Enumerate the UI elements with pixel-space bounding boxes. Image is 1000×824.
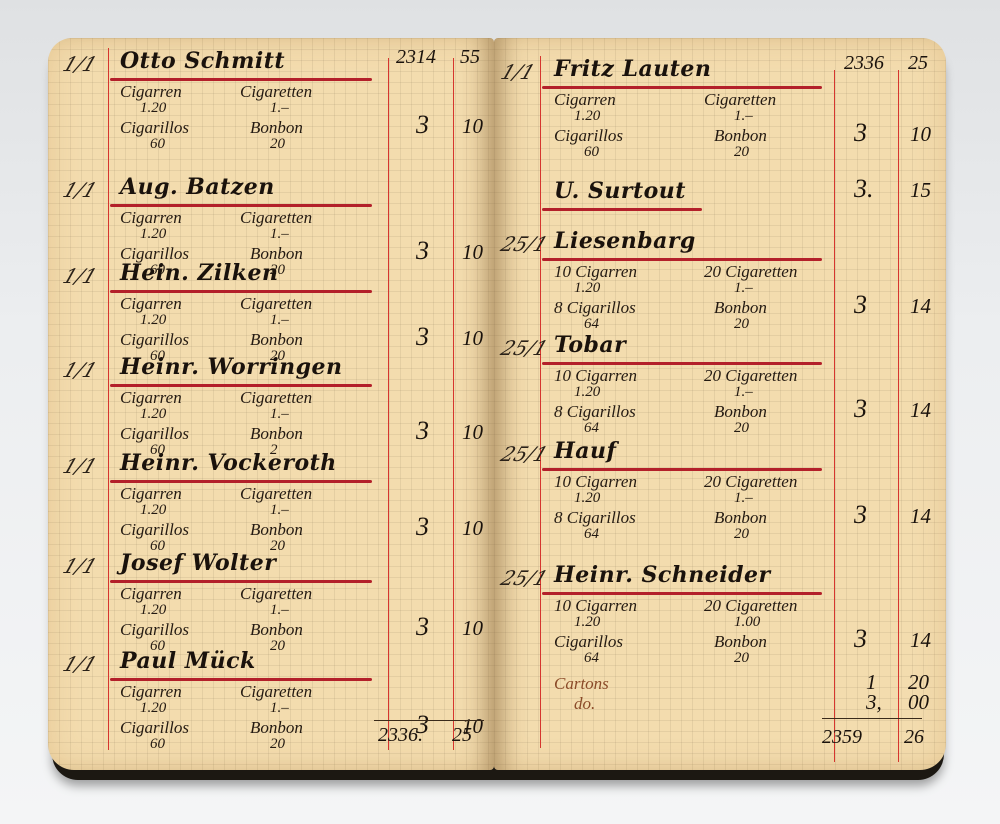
name-underline bbox=[110, 580, 372, 583]
item-label: 20 Cigaretten bbox=[704, 262, 797, 282]
item-label: Cigarillos bbox=[120, 620, 189, 640]
item-price: 1.– bbox=[270, 602, 289, 619]
name-underline bbox=[110, 480, 372, 483]
item-label: Bonbon bbox=[714, 508, 767, 528]
amount-pfennig: 14 bbox=[910, 628, 931, 653]
item-label: Cigarren bbox=[120, 388, 182, 408]
item-price: 1.– bbox=[270, 226, 289, 243]
item-label: Bonbon bbox=[250, 520, 303, 540]
name-underline bbox=[110, 678, 372, 681]
item-price: 1.20 bbox=[574, 384, 600, 401]
amount-marks: 3 bbox=[416, 416, 429, 446]
name-underline bbox=[542, 362, 822, 365]
item-label: Cigaretten bbox=[240, 82, 312, 102]
amount-pfennig: 10 bbox=[462, 616, 483, 641]
customer-name: Josef Wolter bbox=[120, 550, 276, 576]
name-underline bbox=[110, 290, 372, 293]
item-price: 20 bbox=[734, 316, 749, 333]
item-label: Cigaretten bbox=[240, 208, 312, 228]
amount-marks: 3 bbox=[854, 500, 867, 530]
name-underline bbox=[110, 204, 372, 207]
entry-date: 1/1 bbox=[60, 178, 101, 202]
customer-name: Fritz Lauten bbox=[554, 56, 711, 82]
entry-date: 1/1 bbox=[60, 52, 101, 76]
item-price: 1.20 bbox=[140, 602, 166, 619]
entry-date: 25/1 bbox=[498, 232, 552, 256]
amount-marks: 3 bbox=[854, 118, 867, 148]
item-label: Cigarillos bbox=[120, 330, 189, 350]
item-price: 1.– bbox=[270, 312, 289, 329]
marks-column-rule bbox=[388, 58, 389, 750]
amount-marks: 3 bbox=[854, 624, 867, 654]
amount-marks: 3 bbox=[416, 512, 429, 542]
name-underline bbox=[110, 384, 372, 387]
entry-date: 25/1 bbox=[498, 442, 552, 466]
entry-date: 25/1 bbox=[498, 566, 552, 590]
amount-pfennig: 14 bbox=[910, 504, 931, 529]
carry-forward-pfennig: 55 bbox=[460, 46, 480, 69]
item-price: 1.– bbox=[270, 406, 289, 423]
amount-marks: 3. bbox=[854, 174, 874, 204]
item-label: 8 Cigarillos bbox=[554, 298, 636, 318]
marks-column-rule bbox=[834, 70, 835, 762]
item-price: 64 bbox=[584, 316, 599, 333]
item-label: 10 Cigarren bbox=[554, 262, 637, 282]
amount-pfennig: 14 bbox=[910, 398, 931, 423]
item-label: Cigarren bbox=[120, 82, 182, 102]
customer-name: Heinr. Schneider bbox=[554, 562, 771, 588]
carry-forward-marks: 2336 bbox=[844, 52, 884, 75]
extra-line-label: Cartons bbox=[554, 674, 609, 694]
item-label: 8 Cigarillos bbox=[554, 508, 636, 528]
item-label: Cigarren bbox=[120, 484, 182, 504]
entry-date: 1/1 bbox=[60, 652, 101, 676]
item-label: Cigarillos bbox=[120, 118, 189, 138]
item-label: Bonbon bbox=[714, 632, 767, 652]
item-price: 1.– bbox=[734, 280, 753, 297]
item-price: 60 bbox=[150, 736, 165, 753]
total-line bbox=[374, 720, 484, 721]
item-label: Cigarren bbox=[120, 208, 182, 228]
customer-name: Aug. Batzen bbox=[120, 174, 275, 200]
amount-marks: 3 bbox=[416, 322, 429, 352]
name-underline bbox=[542, 592, 822, 595]
item-price: 64 bbox=[584, 526, 599, 543]
page-total-pfennig: 25 bbox=[452, 724, 472, 747]
item-label: Cigaretten bbox=[240, 682, 312, 702]
amount-pfennig: 10 bbox=[462, 114, 483, 139]
item-label: 10 Cigarren bbox=[554, 596, 637, 616]
item-label: Cigarren bbox=[120, 294, 182, 314]
item-price: 1.– bbox=[270, 502, 289, 519]
item-label: Cigarren bbox=[554, 90, 616, 110]
amount-marks: 3 bbox=[416, 236, 429, 266]
right-page: 2336 25 1/1Fritz LautenCigarrenCigarette… bbox=[494, 38, 946, 770]
margin-rule bbox=[108, 48, 109, 750]
item-label: Cigaretten bbox=[240, 294, 312, 314]
item-price: 1.20 bbox=[140, 100, 166, 117]
item-label: Bonbon bbox=[250, 620, 303, 640]
item-price: 20 bbox=[270, 736, 285, 753]
item-price: 1.– bbox=[270, 100, 289, 117]
item-price: 20 bbox=[734, 526, 749, 543]
customer-name: Paul Mück bbox=[120, 648, 256, 674]
item-price: 1.20 bbox=[140, 700, 166, 717]
item-price: 1.20 bbox=[140, 502, 166, 519]
item-price: 1.20 bbox=[140, 226, 166, 243]
item-price: 1.– bbox=[270, 700, 289, 717]
item-price: 64 bbox=[584, 420, 599, 437]
item-price: 20 bbox=[734, 650, 749, 667]
amount-pfennig: 10 bbox=[462, 420, 483, 445]
entry-date: 1/1 bbox=[60, 264, 101, 288]
carry-forward-marks: 2314 bbox=[396, 46, 436, 69]
item-label: 8 Cigarillos bbox=[554, 402, 636, 422]
item-price: 64 bbox=[584, 650, 599, 667]
name-underline bbox=[542, 258, 822, 261]
entry-date: 1/1 bbox=[498, 60, 539, 84]
item-label: Cigaretten bbox=[240, 388, 312, 408]
page-total-marks: 2336. bbox=[378, 724, 423, 747]
item-price: 1.– bbox=[734, 490, 753, 507]
item-label: Cigarren bbox=[120, 682, 182, 702]
item-label: Bonbon bbox=[714, 126, 767, 146]
item-label: Bonbon bbox=[714, 298, 767, 318]
name-underline bbox=[542, 468, 822, 471]
item-price: 1.– bbox=[734, 108, 753, 125]
amount-pfennig: 10 bbox=[462, 516, 483, 541]
item-label: Cigaretten bbox=[240, 584, 312, 604]
item-label: 20 Cigaretten bbox=[704, 596, 797, 616]
item-price: 20 bbox=[270, 638, 285, 655]
item-label: Bonbon bbox=[250, 118, 303, 138]
item-label: Cigarillos bbox=[120, 520, 189, 540]
amount-pfennig: 10 bbox=[462, 326, 483, 351]
page-total-marks: 2359 bbox=[822, 726, 862, 749]
extra-line-label: do. bbox=[574, 694, 595, 714]
amount-marks: 3 bbox=[416, 612, 429, 642]
page-total-pfennig: 26 bbox=[904, 726, 924, 749]
item-label: 10 Cigarren bbox=[554, 472, 637, 492]
item-label: 10 Cigarren bbox=[554, 366, 637, 386]
customer-name: Otto Schmitt bbox=[120, 48, 285, 74]
item-price: 60 bbox=[584, 144, 599, 161]
customer-name: Hein. Zilken bbox=[120, 260, 278, 286]
item-price: 1.20 bbox=[574, 614, 600, 631]
left-page: 2314 55 1/1Otto SchmittCigarrenCigarette… bbox=[48, 38, 494, 770]
entry-date: 1/1 bbox=[60, 454, 101, 478]
customer-name: Liesenbarg bbox=[554, 228, 696, 254]
customer-name: U. Surtout bbox=[554, 178, 686, 204]
item-price: 1.20 bbox=[140, 312, 166, 329]
amount-pfennig: 14 bbox=[910, 294, 931, 319]
customer-name: Tobar bbox=[554, 332, 626, 358]
entry-date: 1/1 bbox=[60, 358, 101, 382]
item-price: 1.00 bbox=[734, 614, 760, 631]
item-price: 20 bbox=[270, 136, 285, 153]
item-price: 1.20 bbox=[140, 406, 166, 423]
customer-name: Heinr. Worringen bbox=[120, 354, 343, 380]
item-label: Cigarillos bbox=[554, 126, 623, 146]
customer-name: Heinr. Vockeroth bbox=[120, 450, 337, 476]
item-label: Bonbon bbox=[250, 718, 303, 738]
amount-pfennig: 10 bbox=[910, 122, 931, 147]
item-price: 1.20 bbox=[574, 108, 600, 125]
margin-rule bbox=[540, 56, 541, 748]
extra-line-marks: 3, bbox=[866, 690, 882, 715]
carry-forward-pfennig: 25 bbox=[908, 52, 928, 75]
item-price: 1.20 bbox=[574, 280, 600, 297]
amount-marks: 3 bbox=[854, 394, 867, 424]
extra-line-pfennig: 00 bbox=[908, 690, 929, 715]
name-underline bbox=[542, 86, 822, 89]
item-price: 1.– bbox=[734, 384, 753, 401]
item-label: Cigaretten bbox=[704, 90, 776, 110]
item-price: 20 bbox=[734, 144, 749, 161]
name-underline bbox=[110, 78, 372, 81]
pfennig-column-rule bbox=[898, 70, 899, 762]
item-price: 1.20 bbox=[574, 490, 600, 507]
amount-pfennig: 15 bbox=[910, 178, 931, 203]
pfennig-column-rule bbox=[453, 58, 454, 750]
name-underline bbox=[542, 208, 702, 211]
item-label: 20 Cigaretten bbox=[704, 472, 797, 492]
item-price: 60 bbox=[150, 136, 165, 153]
customer-name: Hauf bbox=[554, 438, 617, 464]
amount-marks: 3 bbox=[854, 290, 867, 320]
entry-date: 25/1 bbox=[498, 336, 552, 360]
item-label: Cigaretten bbox=[240, 484, 312, 504]
item-label: Cigarillos bbox=[554, 632, 623, 652]
item-label: Bonbon bbox=[250, 330, 303, 350]
item-price: 20 bbox=[734, 420, 749, 437]
item-label: Bonbon bbox=[250, 424, 303, 444]
amount-pfennig: 10 bbox=[462, 240, 483, 265]
item-label: 20 Cigaretten bbox=[704, 366, 797, 386]
item-label: Cigarillos bbox=[120, 718, 189, 738]
amount-marks: 3 bbox=[416, 110, 429, 140]
item-label: Bonbon bbox=[714, 402, 767, 422]
entry-date: 1/1 bbox=[60, 554, 101, 578]
total-line bbox=[822, 718, 922, 719]
item-label: Cigarillos bbox=[120, 424, 189, 444]
item-label: Cigarren bbox=[120, 584, 182, 604]
